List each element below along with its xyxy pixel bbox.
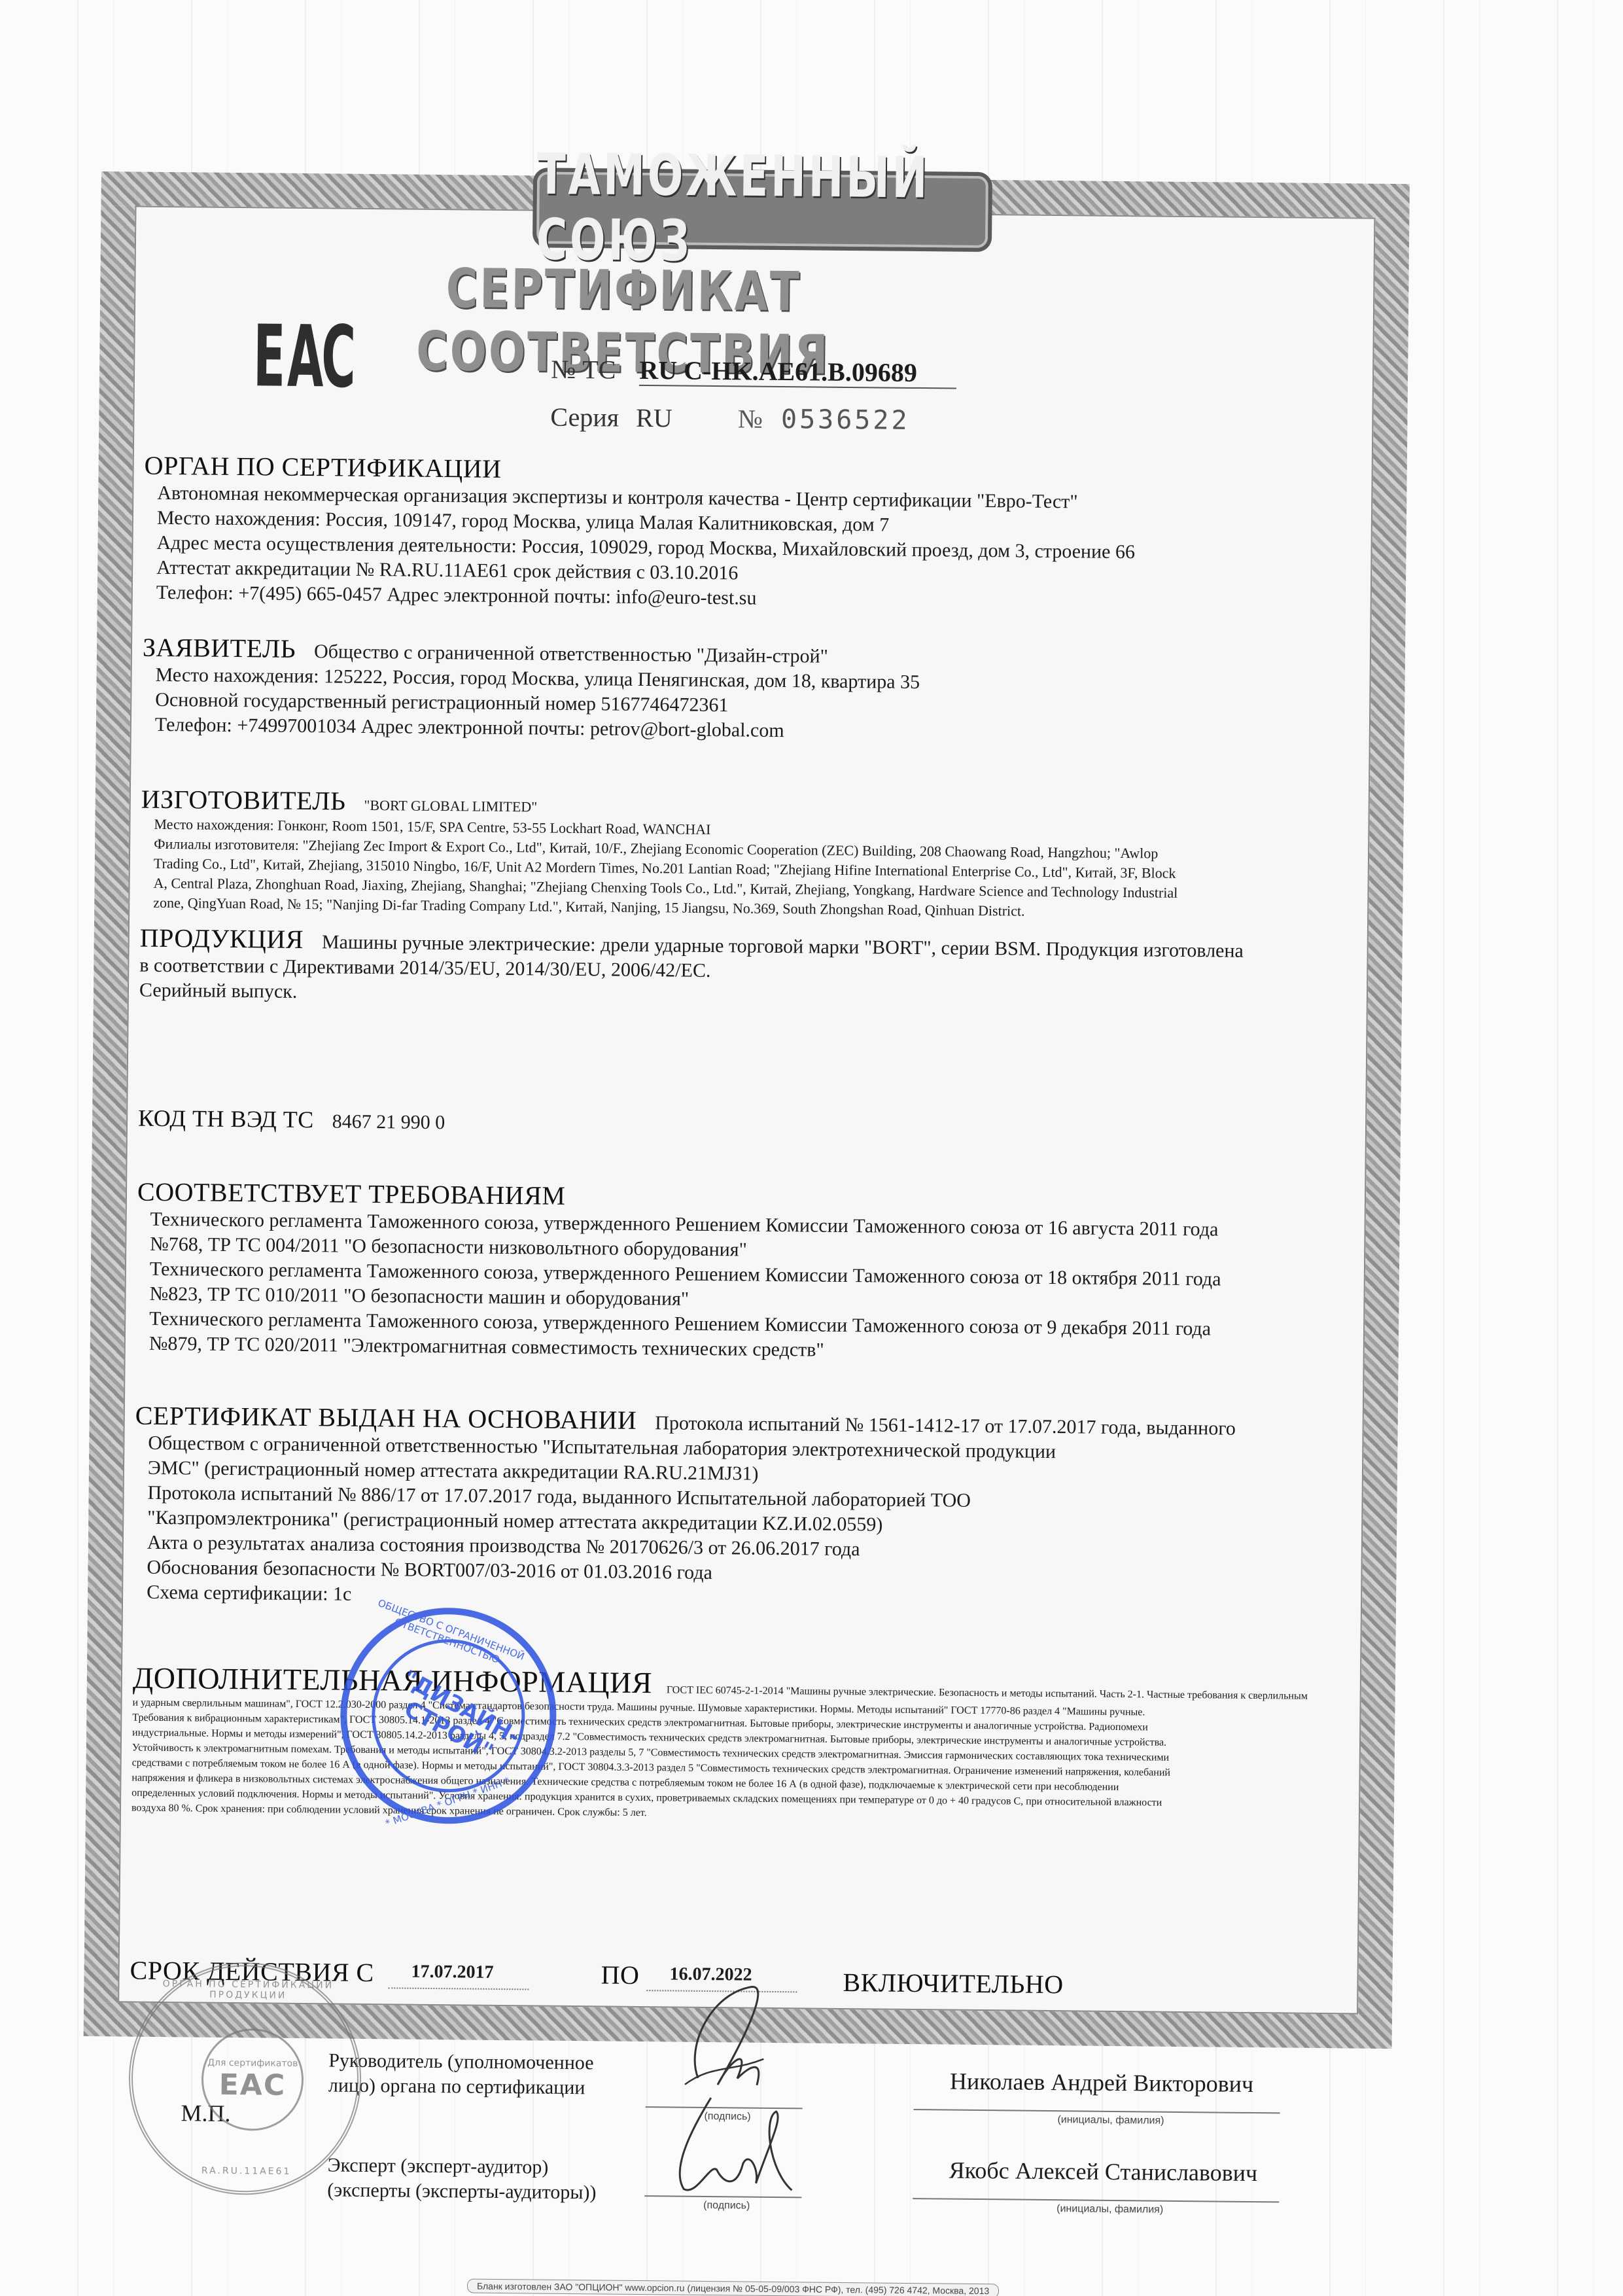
head-name-caption: (инициалы, фамилия) xyxy=(1057,2114,1164,2127)
eac-letter-e: E xyxy=(253,313,269,398)
section-manufacturer: ИЗГОТОВИТЕЛЬ "BORT GLOBAL LIMITED" Место… xyxy=(140,784,1358,925)
section-applicant: ЗАЯВИТЕЛЬ Общество с ограниченной ответс… xyxy=(142,632,1359,749)
certification-stamp-inner-text: Для сертификатов xyxy=(207,2057,298,2068)
head-name-line xyxy=(914,2109,1280,2113)
form-series: Серия RU № 0536522 xyxy=(550,402,910,436)
expert-name-caption: (инициалы, фамилия) xyxy=(1056,2203,1163,2216)
certificate-number-value: RU C-HK.AE61.B.09689 xyxy=(639,355,956,389)
printer-info: Бланк изготовлен ЗАО "ОПЦИОН" www.opcion… xyxy=(467,2279,999,2296)
form-number-value: 0536522 xyxy=(781,404,910,436)
head-label: Руководитель (уполномоченное лицо) орган… xyxy=(328,2048,594,2100)
head-label-line-2: лицо) органа по сертификации xyxy=(328,2073,594,2100)
customs-union-banner: ТАМОЖЕННЫЙ СОЮЗ xyxy=(532,168,992,252)
section-certification-body: ОРГАН ПО СЕРТИФИКАЦИИ Автономная некомме… xyxy=(143,450,1361,617)
requirements-heading: СООТВЕТСТВУЕТ ТРЕБОВАНИЯМ xyxy=(137,1177,566,1210)
eac-logo-icon: E A C xyxy=(253,313,345,399)
section-additional-info: ДОПОЛНИТЕЛЬНАЯ ИНФОРМАЦИЯ ГОСТ IEC 60745… xyxy=(131,1661,1350,1828)
head-label-line-1: Руководитель (уполномоченное xyxy=(328,2048,594,2075)
hs-code-heading: КОД ТН ВЭД ТС xyxy=(138,1105,314,1133)
certification-stamp-ring-top: ОРГАН ПО СЕРТИФИКАЦИИ ПРОДУКЦИИ xyxy=(140,1979,356,2002)
hs-code-value: 8467 21 990 0 xyxy=(332,1110,445,1133)
manufacturer-name: "BORT GLOBAL LIMITED" xyxy=(364,797,537,815)
validity-to-label: ПО xyxy=(601,1959,639,1990)
eac-letter-c: C xyxy=(321,314,337,399)
basis-heading: СЕРТИФИКАТ ВЫДАН НА ОСНОВАНИИ xyxy=(135,1401,637,1435)
series-value: RU xyxy=(636,403,672,433)
expert-name-line xyxy=(913,2198,1279,2202)
certification-body-heading: ОРГАН ПО СЕРТИФИКАЦИИ xyxy=(144,451,501,484)
validity-inclusive-label: ВКЛЮЧИТЕЛЬНО xyxy=(843,1967,1064,2000)
certification-stamp-center: Для сертификатов EAC xyxy=(201,2028,304,2131)
applicant-company-stamp: ОБЩЕСТВО С ОГРАНИЧЕННОЙ ОТВЕТСТВЕННОСТЬЮ… xyxy=(340,1607,557,1825)
expert-signature-caption: (подпись) xyxy=(703,2200,750,2212)
manufacturer-heading: ИЗГОТОВИТЕЛЬ xyxy=(141,785,346,816)
certificate-sheet: ТАМОЖЕННЫЙ СОЮЗ СЕРТИФИКАТ СООТВЕТСТВИЯ … xyxy=(84,171,1410,2049)
applicant-heading: ЗАЯВИТЕЛЬ xyxy=(143,633,296,663)
certificate-number: № ТС RU C-HK.AE61.B.09689 xyxy=(551,354,956,389)
product-heading: ПРОДУКЦИЯ xyxy=(140,923,304,954)
additional-info-first-line: ГОСТ IEC 60745-2-1-2014 "Машины ручные э… xyxy=(667,1684,1308,1701)
head-name: Николаев Андрей Викторович xyxy=(950,2068,1254,2098)
eac-letter-a: A xyxy=(287,314,303,399)
expert-label-line-2: (эксперты (эксперты-аудиторы)) xyxy=(327,2178,596,2205)
expert-name: Якобс Алексей Станиславович xyxy=(949,2157,1258,2187)
applicant-name: Общество с ограниченной ответственностью… xyxy=(314,641,828,667)
section-product: ПРОДУКЦИЯ Машины ручные электрические: д… xyxy=(139,923,1357,1015)
certification-stamp-ring-bottom: RA.RU.11AE61 xyxy=(139,2165,355,2178)
validity-from-date: 17.07.2017 xyxy=(411,1962,493,1983)
certification-body-stamp: ОРГАН ПО СЕРТИФИКАЦИИ ПРОДУКЦИИ Для серт… xyxy=(128,1962,362,2196)
section-requirements: СООТВЕТСТВУЕТ ТРЕБОВАНИЯМ Технического р… xyxy=(136,1176,1355,1368)
section-basis: СЕРТИФИКАТ ВЫДАН НА ОСНОВАНИИ Протокола … xyxy=(133,1400,1352,1617)
form-number-label: № xyxy=(738,404,763,433)
expert-signature-icon xyxy=(651,2091,809,2203)
expert-label: Эксперт (эксперт-аудитор) (эксперты (экс… xyxy=(327,2153,597,2205)
customs-union-title: ТАМОЖЕННЫЙ СОЮЗ xyxy=(536,142,989,277)
eac-stamp-logo-icon: EAC xyxy=(218,2068,286,2102)
series-label: Серия xyxy=(550,402,619,433)
certificate-number-label: № ТС xyxy=(551,355,616,385)
basis-first-line: Протокола испытаний № 1561-1412-17 от 17… xyxy=(655,1412,1236,1439)
form-number: № 0536522 xyxy=(738,404,910,436)
expert-label-line-1: Эксперт (эксперт-аудитор) xyxy=(328,2153,597,2180)
